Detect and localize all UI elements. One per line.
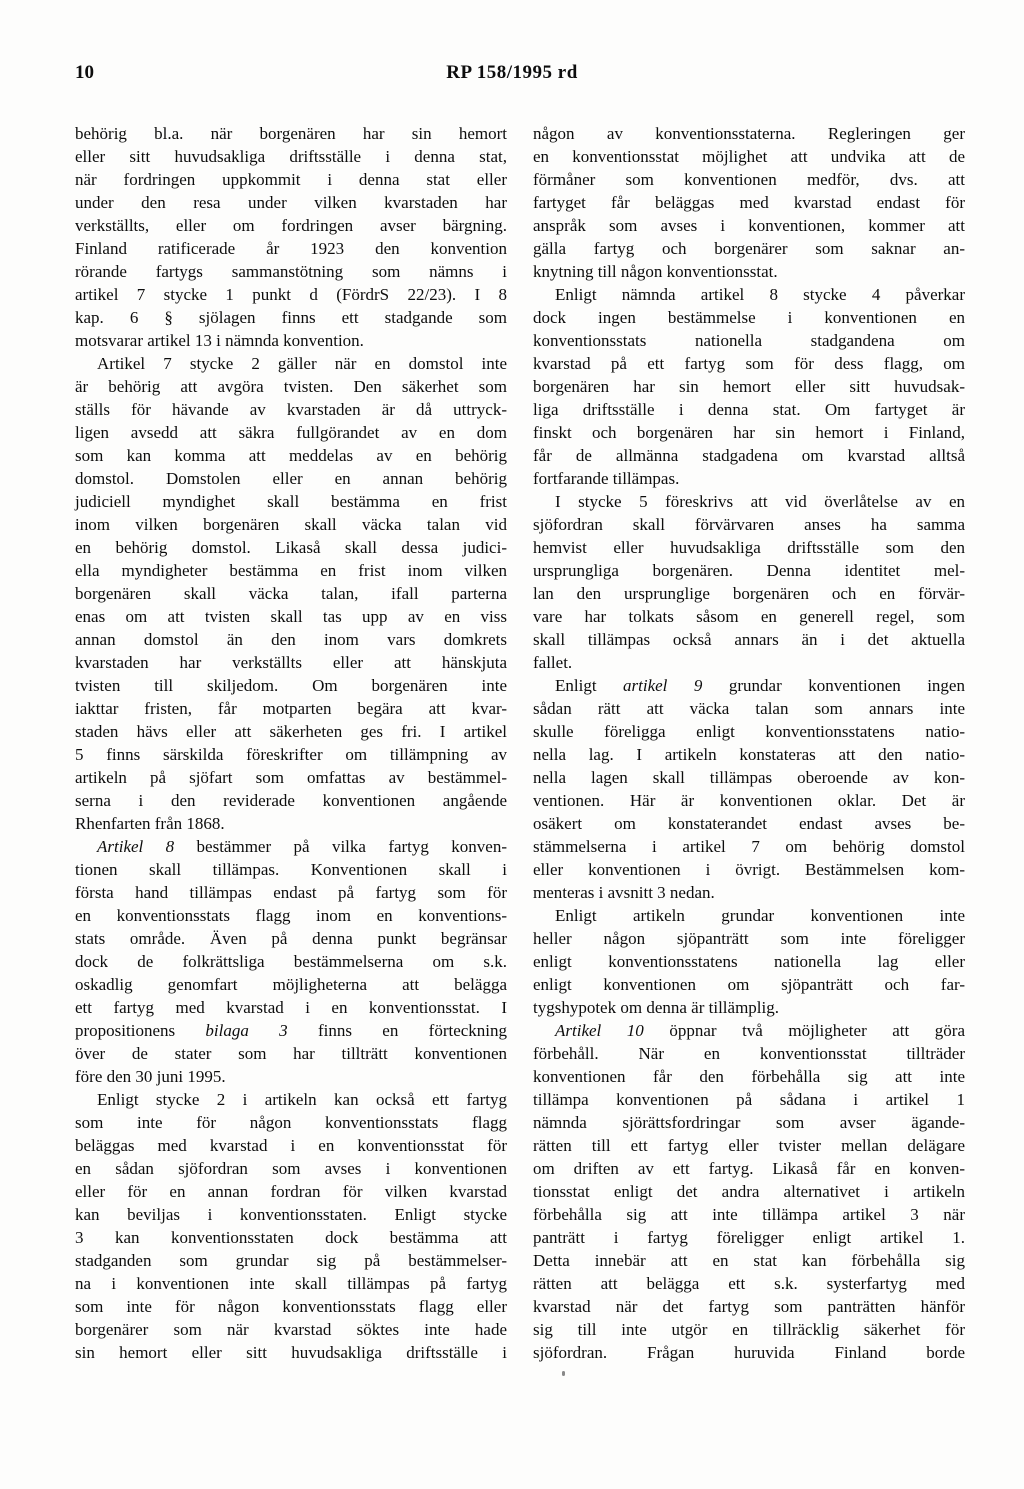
text-line: 3 kan konventionsstaten dock bestämma at… bbox=[75, 1226, 507, 1249]
text-line: panträtt i fartyg föreligger enligt arti… bbox=[533, 1226, 965, 1249]
text-line: Artikel 7 stycke 2 gäller när en domstol… bbox=[75, 352, 507, 375]
text-line: Detta innebär att en stat kan förbehålla… bbox=[533, 1249, 965, 1272]
text-line: liga driftsställe i denna stat. Om farty… bbox=[533, 398, 965, 421]
text-line: förmåner som konventionen medför, dvs. a… bbox=[533, 168, 965, 191]
text-line: menteras i avsnitt 3 nedan. bbox=[533, 881, 965, 904]
text-line: rörande fartygs sammanstötning som nämns… bbox=[75, 260, 507, 283]
text-line: lan den ursprunglige borgenären och en f… bbox=[533, 582, 965, 605]
text-line: eller konventionen i övrigt. Bestämmelse… bbox=[533, 858, 965, 881]
text-line: iakttar fristen, får motparten begära at… bbox=[75, 697, 507, 720]
document-page: 10 RP 158/1995 rd behörig bl.a. när borg… bbox=[0, 0, 1024, 1489]
text-line: stadganden som grundar sig på bestämmels… bbox=[75, 1249, 507, 1272]
text-line: kvarstad när det fartyg som panträtten h… bbox=[533, 1295, 965, 1318]
text-line: någon av konventionsstaterna. Regleringe… bbox=[533, 122, 965, 145]
page-header: 10 RP 158/1995 rd bbox=[0, 60, 1024, 86]
text-line: propositionens bilaga 3 finns en förteck… bbox=[75, 1019, 507, 1042]
text-line: rätten till ett fartyg eller tvister mel… bbox=[533, 1134, 965, 1157]
text-line: fortfarande tillämpas. bbox=[533, 467, 965, 490]
text-line: under den resa under vilken kvarstaden h… bbox=[75, 191, 507, 214]
text-column-right: någon av konventionsstaterna. Regleringe… bbox=[533, 122, 965, 1364]
text-line: Enligt artikeln grundar konventionen int… bbox=[533, 904, 965, 927]
paragraph: Artikel 7 stycke 2 gäller när en domstol… bbox=[75, 352, 507, 835]
text-line: eller sitt huvudsakliga driftsställe i d… bbox=[75, 145, 507, 168]
text-line: anspråk som avses i konventionen, kommer… bbox=[533, 214, 965, 237]
text-line: behörig bl.a. när borgenären har sin hem… bbox=[75, 122, 507, 145]
text-line: över de stater som har tillträtt konvent… bbox=[75, 1042, 507, 1065]
text-line: är behörig att avgöra tvisten. Den säker… bbox=[75, 375, 507, 398]
text-line: Artikel 8 bestämmer på vilka fartyg konv… bbox=[75, 835, 507, 858]
text-line: konventionsstats nationella stadgandena … bbox=[533, 329, 965, 352]
text-line: skall tillämpas också annars än i det ak… bbox=[533, 628, 965, 651]
text-line: artikeln på sjöfart som omfattas av best… bbox=[75, 766, 507, 789]
paragraph: Artikel 10 öppnar två möjligheter att gö… bbox=[533, 1019, 965, 1364]
text-line: vare har tolkats såsom en generell regel… bbox=[533, 605, 965, 628]
text-line: konventionen får den förbehålla sig att … bbox=[533, 1065, 965, 1088]
text-line: kvarstaden har verkställts eller att hän… bbox=[75, 651, 507, 674]
text-line: knytning till någon konventionsstat. bbox=[533, 260, 965, 283]
text-line: sådan rätt att väcka talan som annars in… bbox=[533, 697, 965, 720]
paragraph: någon av konventionsstaterna. Regleringe… bbox=[533, 122, 965, 283]
paragraph: Enligt nämnda artikel 8 stycke 4 påverka… bbox=[533, 283, 965, 490]
header-title: RP 158/1995 rd bbox=[0, 60, 1024, 86]
text-line: na i konventionen inte skall tillämpas p… bbox=[75, 1272, 507, 1295]
text-line: om driften av ett fartyg. Likaså får en … bbox=[533, 1157, 965, 1180]
text-line: domstol. Domstolen eller en annan behöri… bbox=[75, 467, 507, 490]
text-line: gälla fartyg och borgenärer som saknar a… bbox=[533, 237, 965, 260]
text-line: Artikel 10 öppnar två möjligheter att gö… bbox=[533, 1019, 965, 1042]
text-line: ursprungliga borgenären. Denna identitet… bbox=[533, 559, 965, 582]
paragraph: Enligt stycke 2 i artikeln kan också ett… bbox=[75, 1088, 507, 1364]
text-line: oskadlig genomfart möjligheterna att bel… bbox=[75, 973, 507, 996]
text-line: borgenärer som när kvarstad söktes inte … bbox=[75, 1318, 507, 1341]
text-line: enligt konventionsstatens nationella lag… bbox=[533, 950, 965, 973]
text-line: skulle föreligga enligt konventionsstate… bbox=[533, 720, 965, 743]
text-line: sjöfordran. Frågan huruvida Finland bord… bbox=[533, 1341, 965, 1364]
text-line: borgenären har sin hemort eller sitt huv… bbox=[533, 375, 965, 398]
text-line: en konventionsstats flagg inom en konven… bbox=[75, 904, 507, 927]
text-line: ella myndigheter bestämma en frist inom … bbox=[75, 559, 507, 582]
text-line: som kan komma att meddelas av en behörig bbox=[75, 444, 507, 467]
text-line: sjöfordran skall förvärvaren anses ha sa… bbox=[533, 513, 965, 536]
text-line: staden hävs eller att säkerheten ges fri… bbox=[75, 720, 507, 743]
text-line: enas om att tvisten skall tas upp av en … bbox=[75, 605, 507, 628]
text-line: inom vilken borgenären skall väcka talan… bbox=[75, 513, 507, 536]
text-line: en sådan sjöfordran som avses i konventi… bbox=[75, 1157, 507, 1180]
text-line: förbehåll. När en konventionsstat tilltr… bbox=[533, 1042, 965, 1065]
paragraph: Enligt artikeln grundar konventionen int… bbox=[533, 904, 965, 1019]
text-line: sin hemort eller sitt huvudsakliga drift… bbox=[75, 1341, 507, 1364]
text-line: verkställts, eller om fordringen avser b… bbox=[75, 214, 507, 237]
paragraph: Enligt artikel 9 grundar konventionen in… bbox=[533, 674, 965, 904]
text-line: nämnda sjörättsfordringar som avser ägan… bbox=[533, 1111, 965, 1134]
text-line: kap. 6 § sjölagen finns ett stadgande so… bbox=[75, 306, 507, 329]
text-line: 5 finns särskilda föreskrifter om tilläm… bbox=[75, 743, 507, 766]
text-line: första hand tillämpas endast på fartyg s… bbox=[75, 881, 507, 904]
text-line: I stycke 5 föreskrivs att vid överlåtels… bbox=[533, 490, 965, 513]
text-line: sig till inte utgör en tillräcklig säker… bbox=[533, 1318, 965, 1341]
text-line: ett fartyg med kvarstad i en konventions… bbox=[75, 996, 507, 1019]
text-line: serna i den reviderade konventionen angå… bbox=[75, 789, 507, 812]
text-line: finskt och borgenären har sin hemort i F… bbox=[533, 421, 965, 444]
text-line: ställs för hävande av kvarstaden är då u… bbox=[75, 398, 507, 421]
text-line: ligen avsedd att säkra fullgörandet av e… bbox=[75, 421, 507, 444]
text-line: stämmelserna i artikel 7 om behörig doms… bbox=[533, 835, 965, 858]
paragraph: I stycke 5 föreskrivs att vid överlåtels… bbox=[533, 490, 965, 674]
text-line: fallet. bbox=[533, 651, 965, 674]
text-line: tillämpa konventionen på sådana i artike… bbox=[533, 1088, 965, 1111]
text-line: kvarstad på ett fartyg som för dess flag… bbox=[533, 352, 965, 375]
text-line: osäkert om konstaterandet endast avses b… bbox=[533, 812, 965, 835]
text-line: borgenären skall väcka talan, ifall part… bbox=[75, 582, 507, 605]
text-line: Rhenfarten från 1868. bbox=[75, 812, 507, 835]
text-line: en behörig domstol. Likaså skall dessa j… bbox=[75, 536, 507, 559]
text-line: Enligt nämnda artikel 8 stycke 4 påverka… bbox=[533, 283, 965, 306]
text-line: hemvist eller huvudsakliga driftsställe … bbox=[533, 536, 965, 559]
text-line: Enligt artikel 9 grundar konventionen in… bbox=[533, 674, 965, 697]
text-line: som inte för någon konventionsstats flag… bbox=[75, 1295, 507, 1318]
text-line: en konventionsstat möjlighet att undvika… bbox=[533, 145, 965, 168]
text-line: som inte för någon konventionsstats flag… bbox=[75, 1111, 507, 1134]
text-line: rätten att belägga ett s.k. systerfartyg… bbox=[533, 1272, 965, 1295]
text-line: enligt konventionen om sjöpanträtt och f… bbox=[533, 973, 965, 996]
text-line: judiciell myndighet skall bestämma en fr… bbox=[75, 490, 507, 513]
text-line: eller för en annan fordran för vilken kv… bbox=[75, 1180, 507, 1203]
paragraph: Artikel 8 bestämmer på vilka fartyg konv… bbox=[75, 835, 507, 1088]
text-line: stats område. Även på denna punkt begrän… bbox=[75, 927, 507, 950]
text-column-left: behörig bl.a. när borgenären har sin hem… bbox=[75, 122, 507, 1364]
text-line: annan domstol än den inom vars domkrets bbox=[75, 628, 507, 651]
text-line: dock ingen bestämmelse i konventionen en bbox=[533, 306, 965, 329]
text-line: dock de folkrättsliga bestämmelserna om … bbox=[75, 950, 507, 973]
text-line: före den 30 juni 1995. bbox=[75, 1065, 507, 1088]
text-line: Finland ratificerade år 1923 den konvent… bbox=[75, 237, 507, 260]
text-line: får de allmänna stadgadena om kvarstad a… bbox=[533, 444, 965, 467]
text-line: förbehålla sig att inte tillämpa artikel… bbox=[533, 1203, 965, 1226]
text-line: tionen skall tillämpas. Konventionen ska… bbox=[75, 858, 507, 881]
text-line: tionsstat enligt det andra alternativet … bbox=[533, 1180, 965, 1203]
text-line: ventionen. Här är konventionen oklar. De… bbox=[533, 789, 965, 812]
text-line: kan beviljas i konventionsstaten. Enligt… bbox=[75, 1203, 507, 1226]
text-line: motsvarar artikel 13 i nämnda konvention… bbox=[75, 329, 507, 352]
text-line: nella lag. I artikeln konstateras att de… bbox=[533, 743, 965, 766]
text-line: nella lagen skall tillämpas oberoende av… bbox=[533, 766, 965, 789]
scan-artifact-dot bbox=[562, 1371, 565, 1376]
paragraph: behörig bl.a. när borgenären har sin hem… bbox=[75, 122, 507, 352]
text-line: Enligt stycke 2 i artikeln kan också ett… bbox=[75, 1088, 507, 1111]
text-line: beläggas med kvarstad i en konventionsst… bbox=[75, 1134, 507, 1157]
text-line: tygshypotek om denna är tillämplig. bbox=[533, 996, 965, 1019]
text-line: fartyget får beläggas med kvarstad endas… bbox=[533, 191, 965, 214]
text-line: artikel 7 stycke 1 punkt d (FördrS 22/23… bbox=[75, 283, 507, 306]
text-line: när fordringen uppkommit i denna stat el… bbox=[75, 168, 507, 191]
text-line: tvisten till skiljedom. Om borgenären in… bbox=[75, 674, 507, 697]
text-line: heller någon sjöpanträtt som inte föreli… bbox=[533, 927, 965, 950]
text-body: behörig bl.a. när borgenären har sin hem… bbox=[75, 122, 965, 1364]
